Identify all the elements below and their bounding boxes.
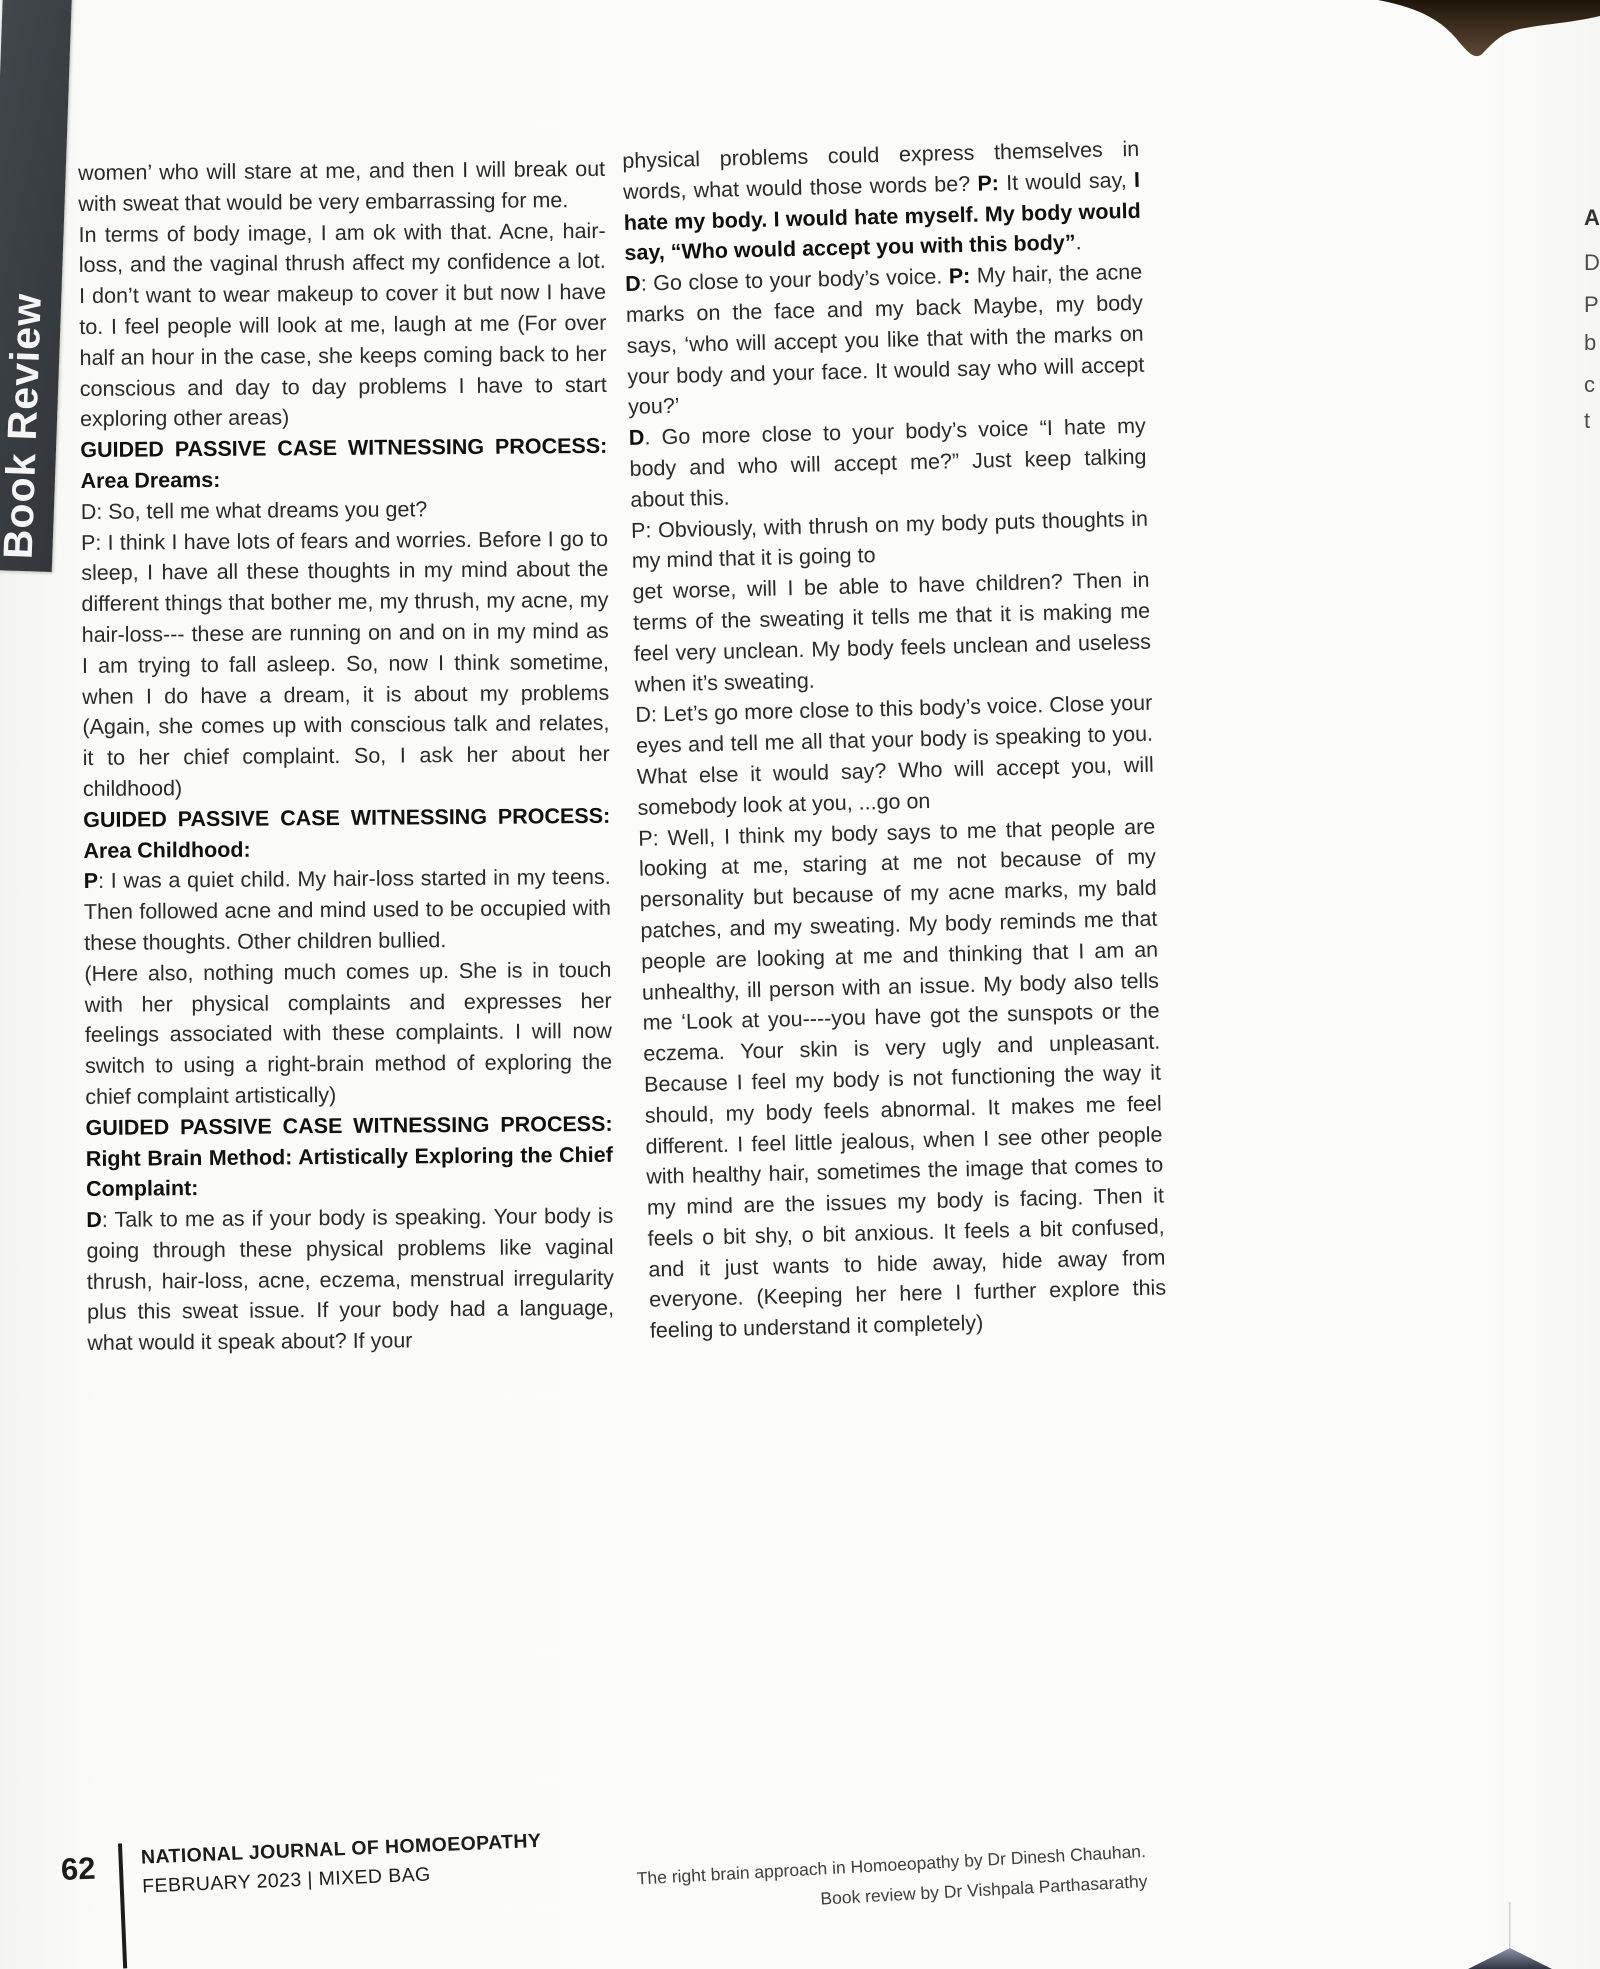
text-run: (Here also, nothing much comes up. She i… [84,958,612,1109]
page-number: 62 [60,1851,96,1888]
text-run: P: I think I have lots of fears and worr… [81,526,610,801]
text-run: . Go more close to your body’s voice “I … [629,414,1146,512]
text-run: P [84,869,99,893]
text-run: : I was a quiet child. My hair-loss star… [84,865,611,955]
right-column: physical problems could express themselv… [622,134,1167,1347]
paragraph: D: Let’s go more close to this body’s vo… [635,688,1155,823]
paragraph: GUIDED PASSIVE CASE WITNESSING PROCESS: … [83,801,610,867]
edge-letter: b [1584,330,1596,356]
paragraph: D. Go more close to your body’s voice “I… [629,411,1148,516]
text-run: women’ who will stare at me, and then I … [78,157,605,216]
text-run: In terms of body image, I am ok with tha… [79,218,607,431]
edge-letter: P [1584,292,1599,318]
paragraph: D: Go close to your body’s voice. P: My … [625,257,1145,423]
text-run: D: Let’s go more close to this body’s vo… [635,691,1154,820]
paragraph: D: So, tell me what dreams you get? [81,493,608,528]
text-run: D [86,1208,102,1232]
text-run: GUIDED PASSIVE CASE WITNESSING PROCESS: … [86,1112,613,1202]
paragraph: GUIDED PASSIVE CASE WITNESSING PROCESS: … [80,431,607,497]
left-column: women’ who will stare at me, and then I … [78,154,614,1359]
footer-right: The right brain approach in Homoeopathy … [446,1836,1148,1934]
edge-letter: D [1584,250,1600,276]
page-edge-bleed-text: ADPbct [1584,0,1600,600]
paragraph: P: I was a quiet child. My hair-loss sta… [84,862,612,959]
book-review-sidebar: Book Review [0,0,72,572]
scanned-journal-page: Book Review women’ who will stare at me,… [0,0,1600,1969]
scan-artifact-top-right [0,0,1600,80]
text-run: GUIDED PASSIVE CASE WITNESSING PROCESS: … [83,804,610,863]
text-run: P: [949,264,971,288]
paragraph: P: Well, I think my body says to me that… [638,811,1167,1347]
text-run: It would say, [999,168,1135,195]
book-review-label: Book Review [0,292,50,560]
paragraph: GUIDED PASSIVE CASE WITNESSING PROCESS: … [85,1109,613,1206]
paragraph: physical problems could express themselv… [622,134,1142,269]
text-run: P: Well, I think my body says to me that… [638,814,1166,1343]
paragraph: women’ who will stare at me, and then I … [78,154,605,220]
text-run: D: So, tell me what dreams you get? [81,497,428,524]
text-run: P: [977,171,999,195]
paragraph: P: I think I have lots of fears and worr… [81,523,610,804]
text-run: D [625,272,641,296]
edge-letter: c [1584,372,1595,398]
text-run: . [1075,231,1082,255]
text-run: get worse, will I be able to have childr… [632,568,1151,697]
paragraph: In terms of body image, I am ok with tha… [78,215,607,435]
paragraph: (Here also, nothing much comes up. She i… [84,955,612,1113]
text-run: P: Obviously, with thrush on my body put… [631,506,1148,573]
edge-letter: t [1584,408,1590,434]
text-run: : Talk to me as if your body is speaking… [86,1204,614,1355]
paragraph: D: Talk to me as if your body is speakin… [86,1201,614,1359]
text-run: D [629,426,645,450]
text-run: : Go close to your body’s voice. [640,265,949,296]
text-run: GUIDED PASSIVE CASE WITNESSING PROCESS: … [80,434,607,493]
footer-divider [118,1843,127,1968]
edge-letter: A [1584,205,1600,231]
paragraph: get worse, will I be able to have childr… [632,565,1152,700]
